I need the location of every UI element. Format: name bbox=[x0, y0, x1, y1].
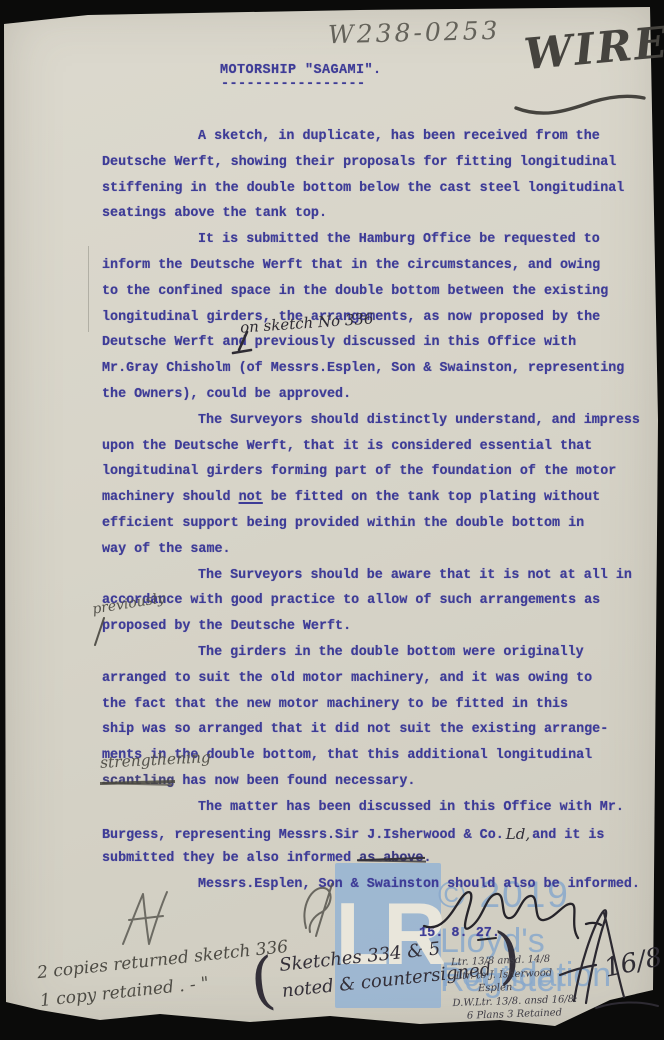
typed-text-segment: way of the same. bbox=[102, 542, 231, 557]
body-line: upon the Deutsche Werft, that it is cons… bbox=[102, 434, 650, 460]
body-line: stiffening in the double bottom below th… bbox=[102, 176, 650, 202]
body-line: way of the same. bbox=[102, 537, 650, 563]
initialled-date-underline bbox=[592, 998, 662, 1012]
typed-text-segment: proposed by the Deutsche Werft. bbox=[102, 619, 351, 634]
body-line: Deutsche Werft, showing their proposals … bbox=[102, 150, 650, 176]
body-line: The girders in the double bottom were or… bbox=[102, 640, 650, 666]
typed-text-segment: Mr.Gray Chisholm (of Messrs.Esplen, Son … bbox=[102, 361, 624, 376]
body-line: arranged to suit the old motor machinery… bbox=[102, 666, 650, 692]
typed-text-segment: the fact that the new motor machinery to… bbox=[102, 697, 568, 712]
body-line: efficient support being provided within … bbox=[102, 511, 650, 537]
typed-text-segment: efficient support being provided within … bbox=[102, 516, 584, 531]
body-line: Deutsche Werft and previously discussed … bbox=[102, 330, 650, 356]
body-line: ship was so arranged that it did not sui… bbox=[102, 717, 650, 743]
typed-text-segment: has now been found necessary. bbox=[174, 774, 415, 789]
handwritten-inline-insert: Ld, bbox=[504, 825, 532, 843]
body-line: longitudinal girders forming part of the… bbox=[102, 459, 650, 485]
wire-underline-flourish bbox=[512, 90, 648, 118]
body-line: It is submitted the Hamburg Office be re… bbox=[102, 227, 650, 253]
body-line: longitudinal girders, the arrangements, … bbox=[102, 305, 650, 331]
typed-text-segment: seatings above the tank top. bbox=[102, 206, 327, 221]
body-line: seatings above the tank top. bbox=[102, 201, 650, 227]
typed-text-segment: not bbox=[239, 490, 263, 505]
typed-text-segment: be fitted on the tank top plating withou… bbox=[263, 490, 601, 505]
typed-text-segment: machinery should bbox=[102, 490, 239, 505]
typed-text-segment: Burgess, representing Messrs.Sir J.Isher… bbox=[102, 828, 504, 843]
body-line: accordance with good practice to allow o… bbox=[102, 588, 650, 614]
typed-text-segment: as above bbox=[359, 851, 423, 866]
body-line: machinery should not be fitted on the ta… bbox=[102, 485, 650, 511]
typed-text-segment: A sketch, in duplicate, has been receive… bbox=[198, 129, 600, 144]
title-underline-dashes: ----------------- bbox=[221, 77, 366, 92]
typed-text-segment: scantling bbox=[102, 774, 174, 789]
caret-mark-sketch bbox=[231, 330, 253, 358]
body-line: scantling has now been found necessary. bbox=[102, 769, 650, 795]
initials-scribble-pencil-center bbox=[294, 878, 346, 940]
body-line: Burgess, representing Messrs.Sir J.Isher… bbox=[102, 821, 650, 847]
typed-text-segment: inform the Deutsche Werft that in the ci… bbox=[102, 258, 600, 273]
body-line: The Surveyors should distinctly understa… bbox=[102, 408, 650, 434]
typed-text-segment: upon the Deutsche Werft, that it is cons… bbox=[102, 439, 592, 454]
body-line: the Owners), could be approved. bbox=[102, 382, 650, 408]
body-line: The matter has been discussed in this Of… bbox=[102, 795, 650, 821]
scanned-document: LR © 2019 Lloyd's Register Foundation W2… bbox=[0, 0, 664, 1040]
typed-text-segment: to the confined space in the double bott… bbox=[102, 284, 608, 299]
body-line: proposed by the Deutsche Werft. bbox=[102, 614, 650, 640]
typed-text-segment: Deutsche Werft, showing their proposals … bbox=[102, 155, 616, 170]
typed-text-segment: and it is bbox=[532, 828, 604, 843]
typed-text-segment: Deutsche Werft and previously discussed … bbox=[102, 335, 576, 350]
body-line: submitted they be also informed as above… bbox=[102, 846, 650, 872]
caret-mark-previously bbox=[92, 616, 106, 648]
typed-text-segment: longitudinal girders forming part of the… bbox=[102, 464, 616, 479]
typed-text-segment: the Owners), could be approved. bbox=[102, 387, 351, 402]
typed-text-segment: It is submitted the Hamburg Office be re… bbox=[198, 232, 600, 247]
typed-text-segment: arranged to suit the old motor machinery… bbox=[102, 671, 592, 686]
typed-text-segment: The matter has been discussed in this Of… bbox=[198, 800, 624, 815]
body-line: A sketch, in duplicate, has been receive… bbox=[102, 124, 650, 150]
typed-text-segment: The Surveyors should distinctly understa… bbox=[198, 413, 640, 428]
document-title: MOTORSHIP "SAGAMI". bbox=[220, 63, 382, 78]
body-line: the fact that the new motor machinery to… bbox=[102, 692, 650, 718]
typed-text-segment: ship was so arranged that it did not sui… bbox=[102, 722, 608, 737]
typed-text-segment: submitted they be also informed bbox=[102, 851, 359, 866]
document-body: A sketch, in duplicate, has been receive… bbox=[102, 124, 650, 898]
body-line: The Surveyors should be aware that it is… bbox=[102, 563, 650, 589]
typed-text-segment: The girders in the double bottom were or… bbox=[198, 645, 584, 660]
paper-crease bbox=[88, 246, 89, 332]
typed-text-segment: accordance with good practice to allow o… bbox=[102, 593, 600, 608]
body-line: inform the Deutsche Werft that in the ci… bbox=[102, 253, 650, 279]
office-register-note: Ltr. 13/8 ansd. 14/8 Ltr. to J. Isherwoo… bbox=[451, 952, 578, 1024]
body-line: to the confined space in the double bott… bbox=[102, 279, 650, 305]
body-line: Mr.Gray Chisholm (of Messrs.Esplen, Son … bbox=[102, 356, 650, 382]
typed-text-segment: stiffening in the double bottom below th… bbox=[102, 181, 624, 196]
archive-reference-number: W238-0253 bbox=[328, 16, 501, 50]
typed-text-segment: The Surveyors should be aware that it is… bbox=[198, 568, 632, 583]
